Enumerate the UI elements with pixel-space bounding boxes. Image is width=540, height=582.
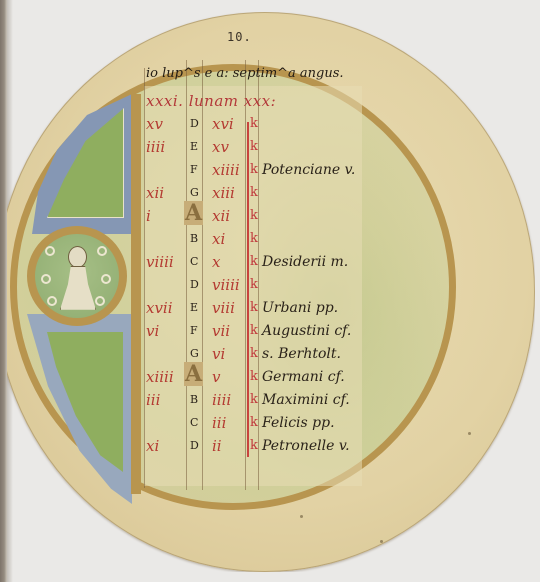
dominical-letter: C	[190, 412, 198, 434]
calendar-row: xiiiiAvkGermani cf.	[132, 366, 367, 388]
calendar-row: xiDiikPetronelle v.	[132, 435, 367, 457]
golden-number: xv	[146, 113, 163, 135]
saint-entry: s. Berhtolt.	[262, 343, 341, 365]
vine-scroll-icon	[41, 274, 51, 284]
dominical-letter: C	[190, 251, 198, 273]
dominical-letter: E	[190, 136, 198, 158]
vine-scroll-icon	[47, 296, 57, 306]
saint-entry: Felicis pp.	[262, 412, 335, 434]
vine-scroll-icon	[97, 246, 107, 256]
golden-number: xi	[146, 435, 159, 457]
parchment-stain	[380, 540, 383, 543]
day-count: viii	[212, 297, 235, 319]
kalends-mark: k	[250, 205, 258, 227]
dominical-letter: B	[190, 389, 198, 411]
kalends-mark: k	[250, 412, 258, 434]
initial-lower-lobe-blue	[27, 314, 132, 504]
golden-number: i	[146, 205, 151, 227]
day-count: ii	[212, 435, 222, 457]
folio-number: 10.	[227, 30, 252, 44]
dominical-letter: D	[190, 274, 199, 296]
saint-entry: Desiderii m.	[262, 251, 348, 273]
calendar-row: viFviikAugustini cf.	[132, 320, 367, 342]
calendar-rows: xvDxvik iiiiExvk FxiiiikPotenciane v. xi…	[132, 113, 372, 463]
kalends-mark: k	[250, 113, 258, 135]
medallion-field	[35, 234, 119, 318]
saint-entry: Maximini cf.	[262, 389, 350, 411]
kalends-mark: k	[250, 320, 258, 342]
day-count: xiii	[212, 182, 235, 204]
day-count: xv	[212, 136, 229, 158]
day-count: v	[212, 366, 220, 388]
month-heading: io lup^s e a: septim^a angus.	[146, 66, 344, 81]
dominical-letter: F	[190, 320, 198, 342]
day-count: iiii	[212, 389, 231, 411]
golden-number: viiii	[146, 251, 174, 273]
day-count: xiiii	[212, 159, 240, 181]
kalends-mark: k	[250, 228, 258, 250]
day-count: vi	[212, 343, 225, 365]
golden-number: iiii	[146, 136, 165, 158]
initial-upper-lobe-green	[47, 108, 124, 218]
dominical-letter: D	[190, 435, 199, 457]
day-count: x	[212, 251, 220, 273]
kalends-mark: k	[250, 343, 258, 365]
book-binding-edge	[0, 0, 7, 582]
day-count: xi	[212, 228, 225, 250]
dominical-letter-a-gilded: A	[184, 201, 203, 225]
kalends-mark: k	[250, 366, 258, 388]
golden-number: xvii	[146, 297, 173, 319]
parchment-stain	[300, 515, 303, 518]
golden-number: xiiii	[146, 366, 174, 388]
calendar-row: xiiGxiiik	[132, 182, 367, 204]
vine-scroll-icon	[45, 246, 55, 256]
figure-body	[60, 266, 96, 312]
calendar-row: iiiBiiiikMaximini cf.	[132, 389, 367, 411]
calendar-row: viiiiCxkDesiderii m.	[132, 251, 367, 273]
calendar-row: iAxiik	[132, 205, 367, 227]
dominical-letter: F	[190, 159, 198, 181]
vine-scroll-icon	[101, 274, 111, 284]
saint-entry: Germani cf.	[262, 366, 345, 388]
day-count: iii	[212, 412, 226, 434]
parchment-stain	[468, 432, 471, 435]
kalends-mark: k	[250, 159, 258, 181]
kalends-mark: k	[250, 389, 258, 411]
kalends-mark: k	[250, 182, 258, 204]
initial-upper-lobe-blue	[32, 94, 132, 234]
calendar-row: xvDxvik	[132, 113, 367, 135]
saint-entry: Potenciane v.	[262, 159, 355, 181]
dominical-letter: B	[190, 228, 198, 250]
initial-lower-lobe-green	[47, 332, 123, 472]
calendar-row: iiiiExvk	[132, 136, 367, 158]
saint-entry: Augustini cf.	[262, 320, 351, 342]
kalends-mark: k	[250, 297, 258, 319]
figure-head	[68, 246, 87, 268]
day-count: viiii	[212, 274, 240, 296]
calendar-row: xviiEviiikUrbani pp.	[132, 297, 367, 319]
saint-entry: Petronelle v.	[262, 435, 350, 457]
kalends-mark: k	[250, 136, 258, 158]
calendar-row: FxiiiikPotenciane v.	[132, 159, 367, 181]
illuminated-initial-k	[17, 94, 137, 504]
golden-number: xii	[146, 182, 164, 204]
dominical-letter: D	[190, 113, 199, 135]
dominical-letter-a-gilded: A	[184, 362, 203, 386]
lunar-heading: xxxi. lunam xxx:	[146, 92, 276, 110]
calendar-row: Gviks. Berhtolt.	[132, 343, 367, 365]
vine-scroll-icon	[95, 296, 105, 306]
day-count: xvi	[212, 113, 234, 135]
dominical-letter: E	[190, 297, 198, 319]
golden-number: vi	[146, 320, 159, 342]
calendar-row: CiiikFelicis pp.	[132, 412, 367, 434]
calendar-row: Dviiiik	[132, 274, 367, 296]
day-count: xii	[212, 205, 230, 227]
golden-number: iii	[146, 389, 160, 411]
kalends-mark: k	[250, 274, 258, 296]
day-count: vii	[212, 320, 230, 342]
kalends-mark: k	[250, 435, 258, 457]
figure-medallion	[27, 226, 127, 326]
calendar-row: Bxik	[132, 228, 367, 250]
saint-entry: Urbani pp.	[262, 297, 338, 319]
kalends-mark: k	[250, 251, 258, 273]
